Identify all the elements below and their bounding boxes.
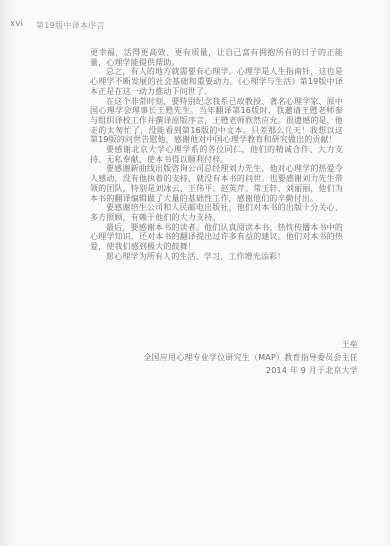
preface-text-block: 更幸福，活得更高效、更有质量，让自己富有拥抱所有的日子的正能量，心理学能提供帮助… [90,48,343,261]
preface-paragraph: 总之，有人的地方就需要有心理学。心理学是人生指南针，这也是心理学不断发展的社会基… [90,67,343,96]
preface-paragraph: 愿心理学为所有人的生活、学习、工作增光添彩！ [90,252,343,262]
signature-title: 全国应用心理专业学位研究生（MAP）教育指导委员会主任 [143,351,358,364]
running-header-title: 第19版中译本序言 [36,20,105,31]
signature-date-place: 2014 年 9 月于北京大学 [143,364,358,377]
preface-paragraph: 要感谢培生公司和人民邮电出版社，他们对本书的出版十分关心、多方照顾，有赖于他们的… [90,203,343,222]
signature-name: 王垒 [143,338,358,351]
preface-paragraph: 在这个非常时刻，要特别纪念我系已故教授、著名心理学家、原中国心理学会理事长王甦先… [90,97,343,146]
preface-paragraph: 要感谢北京大学心理学系的各位同仁，他们的精诚合作、大力支持、无私奉献，使本书得以… [90,145,343,164]
preface-paragraph: 更幸福，活得更高效、更有质量，让自己富有拥抱所有的日子的正能量，心理学能提供帮助… [90,48,343,67]
page-number: xvi [10,19,23,29]
scanned-book-page: xvi 第19版中译本序言 更幸福，活得更高效、更有质量，让自己富有拥抱所有的日… [0,0,390,546]
preface-paragraph: 要感谢新曲线出版咨询公司总经理刘力先生，他对心理学的热爱令人感动，没有他执着的支… [90,164,343,203]
signature-block: 王垒 全国应用心理专业学位研究生（MAP）教育指导委员会主任 2014 年 9 … [143,338,358,377]
preface-paragraph: 最后，要感谢本书的读者。他们认真阅读本书，热忱传播本书中的心理学知识，还对本书的… [90,223,343,252]
